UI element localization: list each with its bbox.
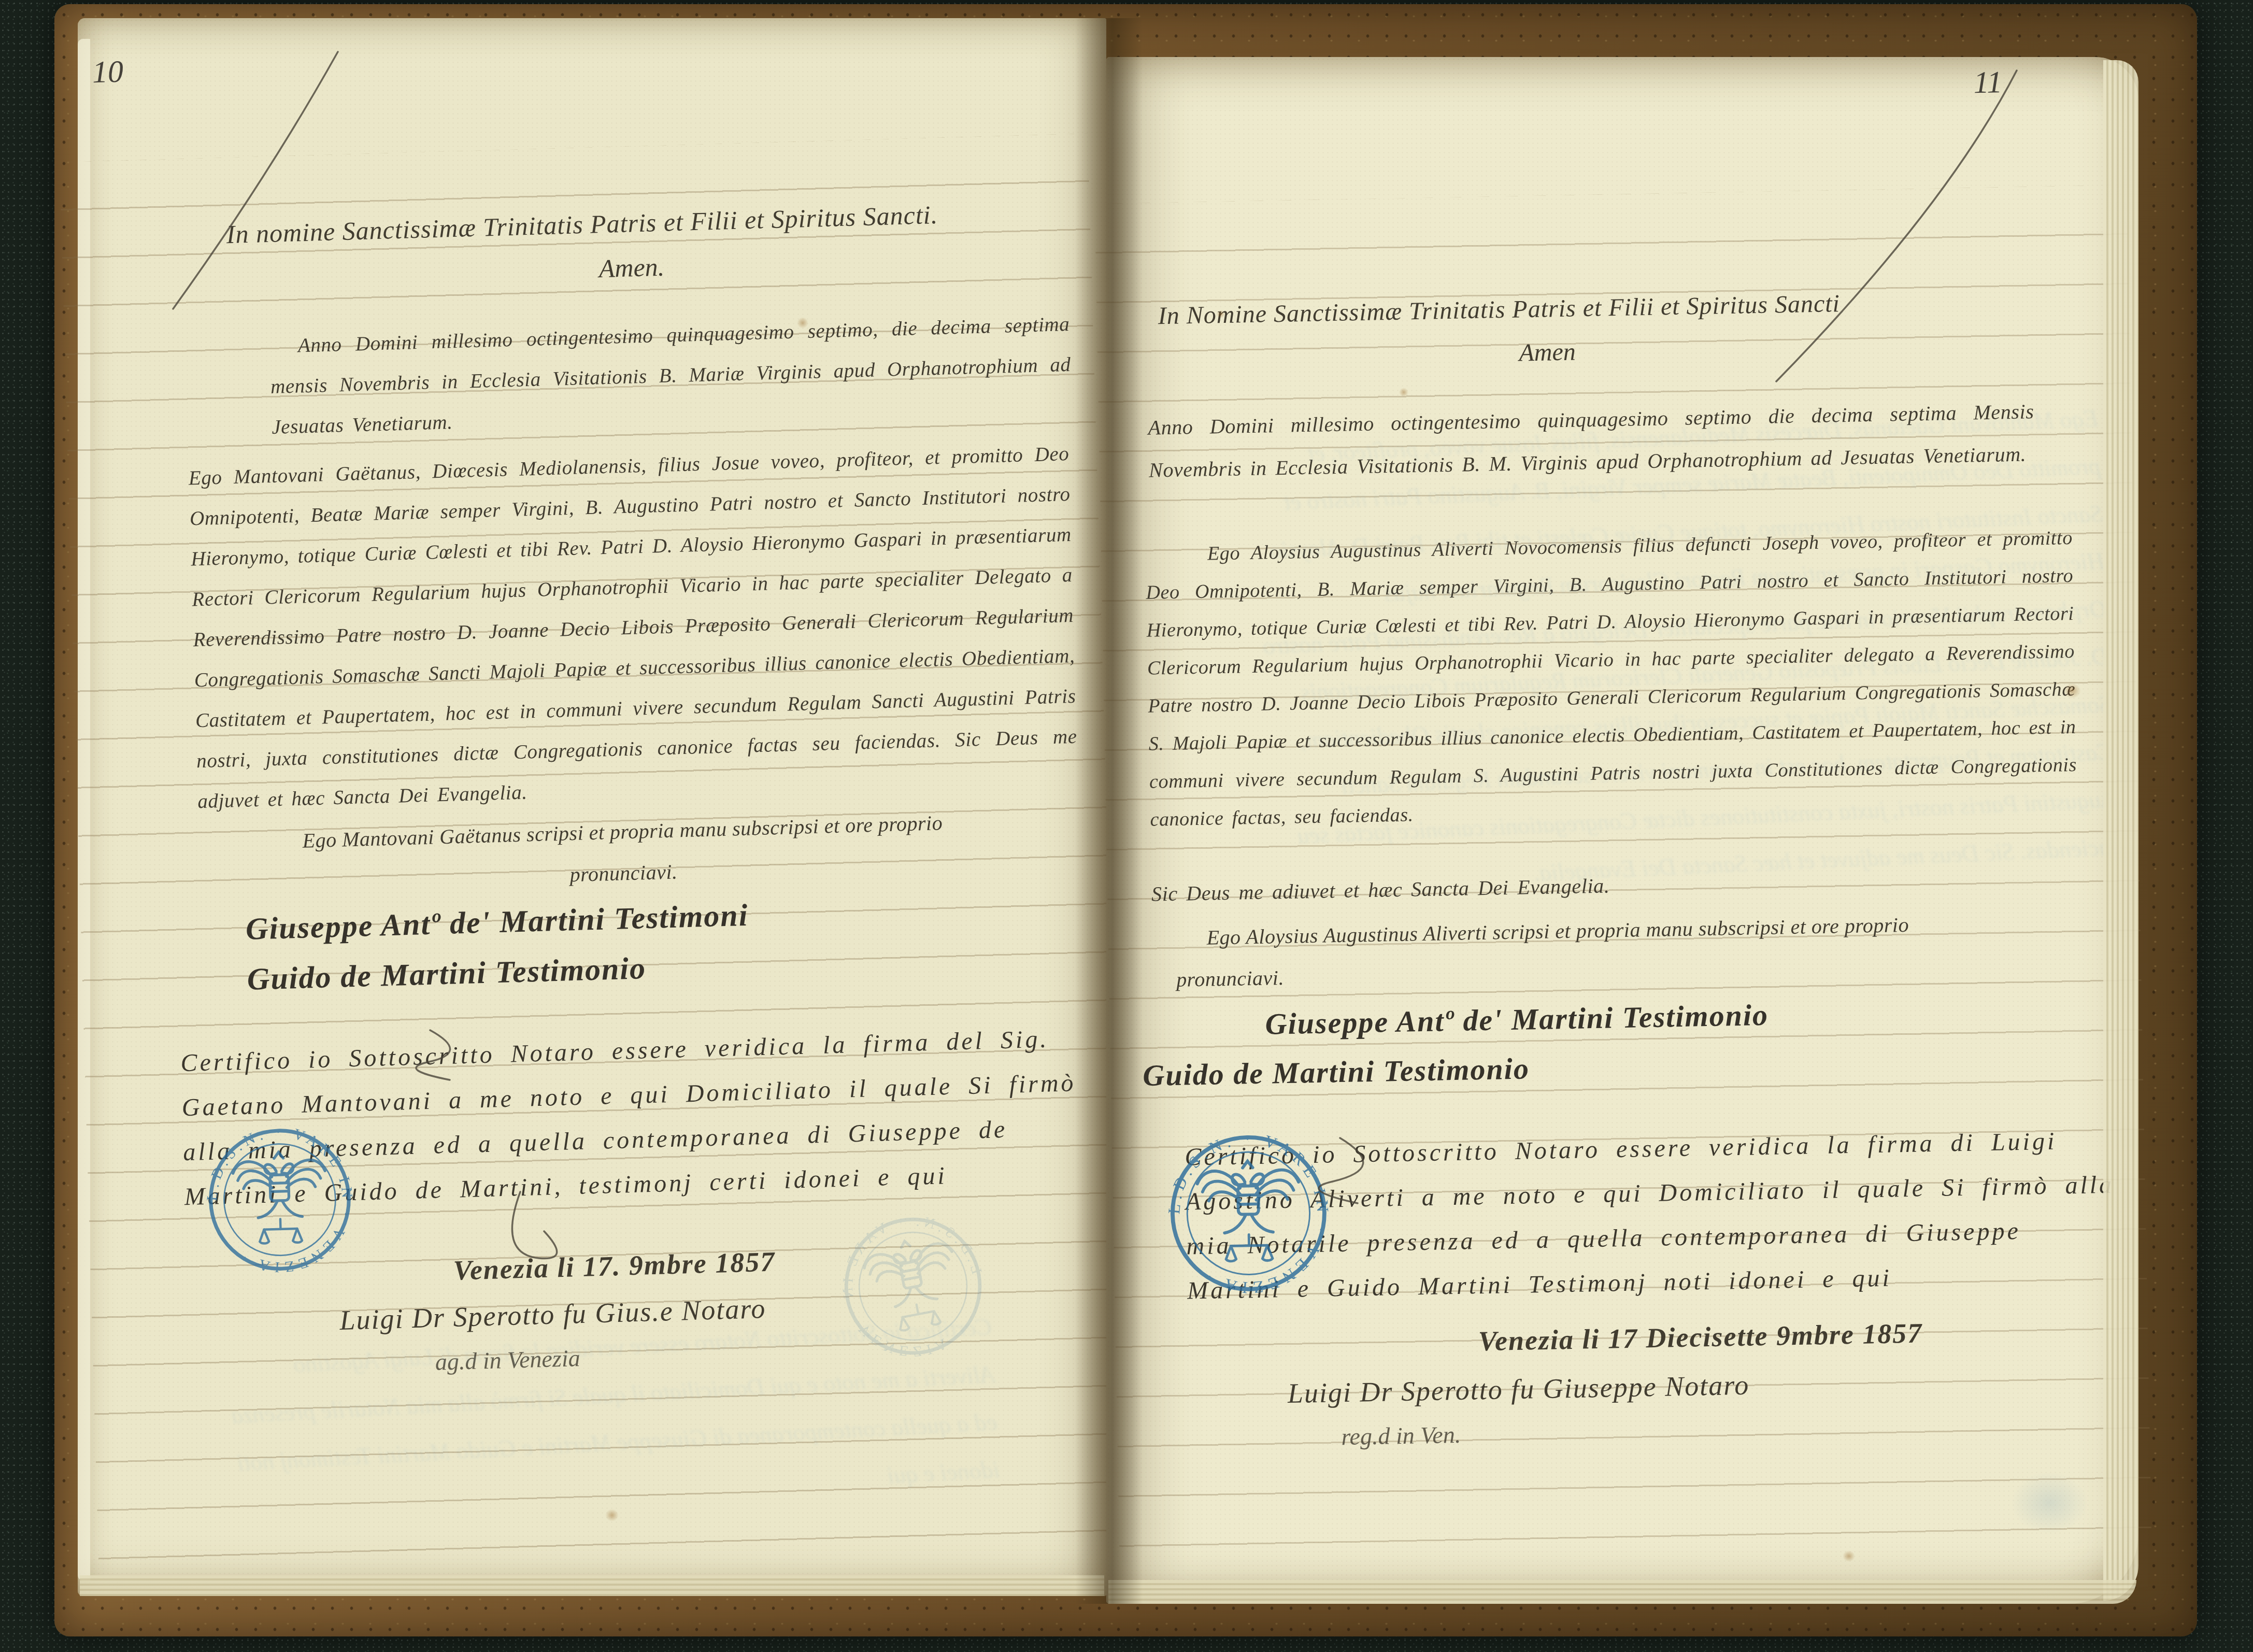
right-page: 11 In Nomine Sanctissimæ Trinitatis Patr… [1106,57,2138,1604]
left-notary-subline: ag.d in Venezia [435,1344,580,1376]
notary-eagle-stamp-left [199,1119,360,1280]
page-stack-edge-bottom-left [80,1575,1104,1596]
right-profession-paragraph: Ego Aloysius Augustinus Aliverti Novocom… [1145,519,2077,839]
left-profession-paragraph: Ego Mantovani Gaëtanus, Diœcesis Mediola… [188,434,1079,822]
left-witness-signature-2: Guido de Martini Testimonio [247,950,647,997]
notary-eagle-stamp-right [1161,1126,1336,1301]
left-witness-signature-1: Giuseppe Antº de' Martini Testimoni [245,898,749,947]
left-notary-signature: Luigi Dr Sperotto fu Gius.e Notaro [339,1292,766,1336]
page-number-right: 11 [1973,64,2003,101]
manuscript-photo: { "document": { "left_page": { "page_num… [0,0,2253,1652]
right-date-paragraph: Anno Domini millesimo octingentesimo qui… [1148,390,2035,491]
right-subscription: Ego Aloysius Augustinus Aliverti scripsi… [1175,903,1985,1001]
right-notary-subline: reg.d in Ven. [1341,1421,1461,1450]
right-witness-signature-2: Guido de Martini Testimonio [1143,1051,1530,1093]
left-page: 10 In nomine Sanctissimæ Trinitatis Patr… [78,18,1106,1596]
right-witness-signature-1: Giuseppe Antº de' Martini Testimonio [1265,998,1769,1042]
left-date-paragraph: Anno Domini millesimo octingentesimo qui… [269,304,1073,448]
stamp-offset-ghost [825,1198,1002,1375]
right-notary-signature: Luigi Dr Sperotto fu Giuseppe Notaro [1287,1369,1750,1409]
left-dateline: Venezia li 17. 9mbre 1857 [453,1245,776,1286]
page-stack-edge-bottom-right [1108,1580,2136,1604]
right-dateline: Venezia li 17 Diecisette 9mbre 1857 [1478,1317,1922,1358]
page-stack-fore-edge [2103,60,2138,1601]
page-number-left: 10 [92,54,124,91]
right-invocation: In Nomine Sanctissimæ Trinitatis Patris … [1158,278,1956,340]
